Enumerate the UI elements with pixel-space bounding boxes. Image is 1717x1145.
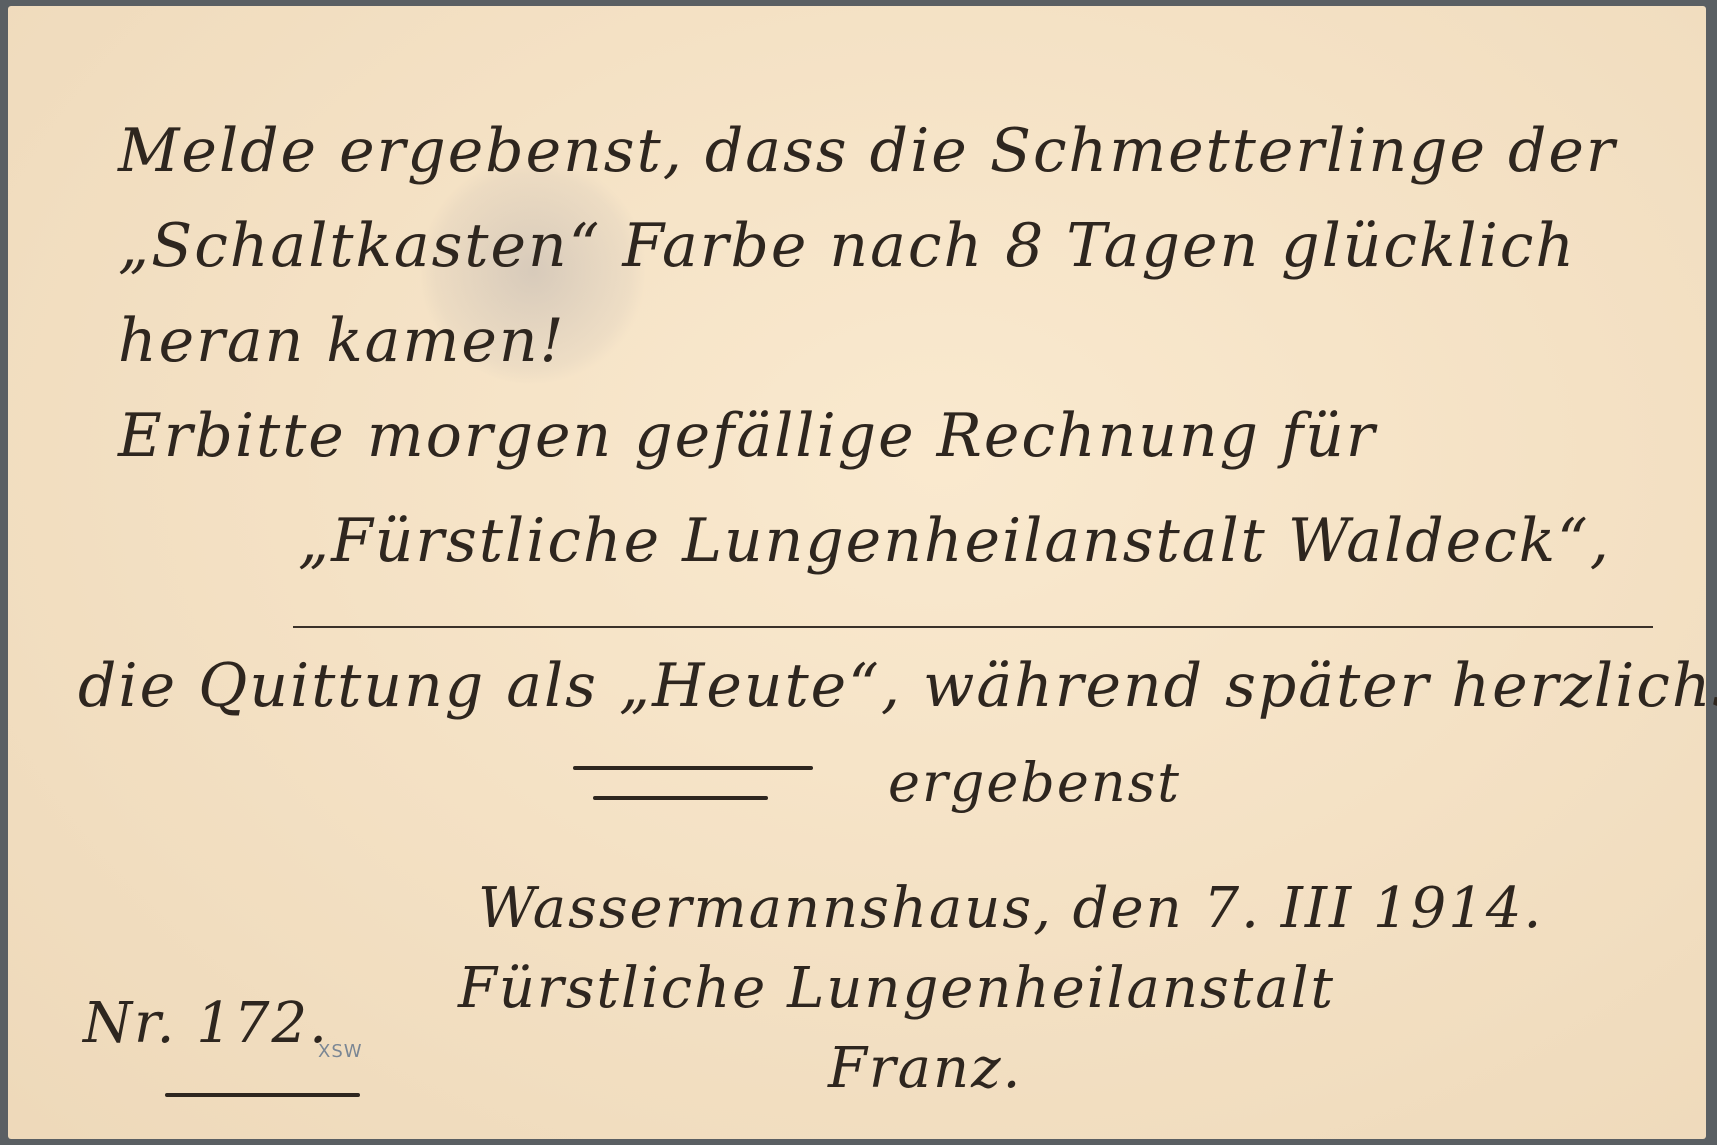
signature-institution: Fürstliche Lungenheilanstalt xyxy=(458,956,1335,1021)
underline-stroke xyxy=(573,766,813,770)
text-line-1: Melde ergebenst, dass die Schmetterlinge… xyxy=(118,116,1617,186)
text-line-6: die Quittung als „Heute“, während später… xyxy=(78,651,1717,721)
text-line-5: „Fürstliche Lungenheilanstalt Waldeck“, xyxy=(298,506,1611,576)
postcard: Melde ergebenst, dass die Schmetterlinge… xyxy=(8,6,1706,1139)
underline-stroke xyxy=(593,796,768,800)
text-line-3: heran kamen! xyxy=(118,306,566,376)
text-line-4: Erbitte morgen gefällige Rechnung für xyxy=(118,401,1377,471)
signature-name: Franz. xyxy=(828,1036,1022,1101)
place-date-line: Wassermannshaus, den 7. III 1914. xyxy=(478,876,1543,941)
underline-rule xyxy=(293,626,1653,628)
reference-number: Nr. 172. xyxy=(83,991,329,1056)
pencil-code: XSW xyxy=(318,1041,363,1062)
reference-underline xyxy=(165,1093,360,1097)
text-line-7: ergebenst xyxy=(888,751,1181,814)
text-line-2: „Schaltkasten“ Farbe nach 8 Tagen glückl… xyxy=(118,211,1576,281)
